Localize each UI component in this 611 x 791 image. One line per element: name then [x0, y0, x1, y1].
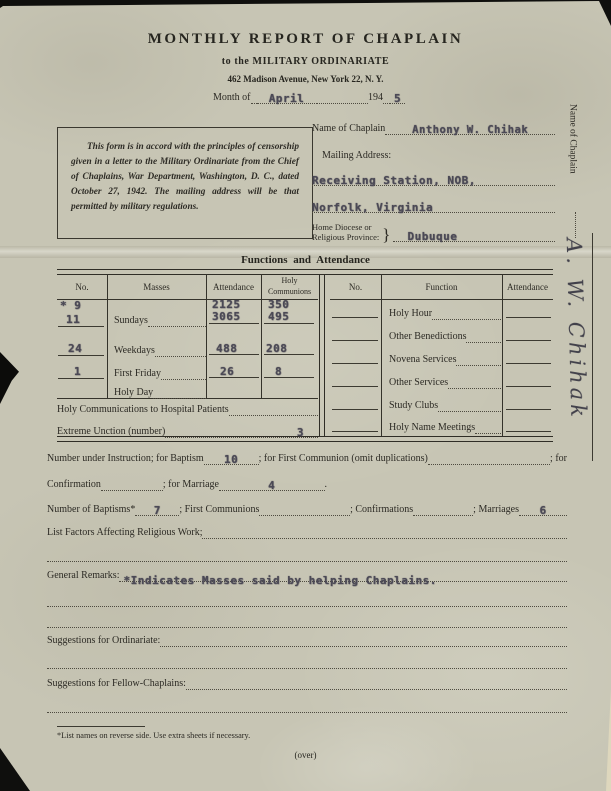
sacraments-seg2: ; First Communions	[179, 504, 259, 516]
dotted-fill	[161, 366, 206, 380]
confirmations-field	[413, 502, 473, 516]
general-remarks-field: *Indicates Masses said by helping Chapla…	[119, 568, 567, 582]
dotted-fill	[456, 352, 501, 366]
marriage-instruction-field: 4	[219, 477, 325, 491]
first-communion-instruction-field	[428, 451, 550, 465]
factors-field	[202, 525, 567, 539]
sundays-no: 11	[66, 313, 80, 326]
margin-name-of-chaplain-label: Name of Chaplain	[566, 104, 577, 174]
instruction-seg3: ; for	[550, 453, 567, 465]
mailing-address-field1: Receiving Station, NOB,	[312, 172, 555, 186]
dotted-fill	[466, 329, 501, 343]
diocese-label-line2: Religious Province:	[312, 232, 379, 242]
instruction-line2: Confirmation ; for Marriage 4 .	[47, 477, 327, 491]
center-double-rule	[319, 274, 325, 436]
fellow-chaplains-field	[186, 676, 567, 690]
dotted-fill	[155, 343, 206, 357]
fill-line	[209, 354, 259, 355]
sacraments-seg1: Number of Baptisms*	[47, 504, 135, 516]
instruction-seg4: Confirmation	[47, 479, 101, 491]
baptism-instruction-field: 10	[204, 451, 259, 465]
weekdays-row-label: Weekdays	[114, 343, 206, 357]
mailing-address-line1-row: Receiving Station, NOB,	[312, 172, 555, 186]
masses-col-attendance: Attendance	[206, 282, 261, 292]
marriage-instruction-value: 4	[268, 479, 275, 492]
margin-dotted-line	[575, 212, 577, 238]
diocese-label-line1: Home Diocese or	[312, 222, 379, 232]
baptism-instruction-value: 10	[224, 453, 238, 466]
dotted-fill	[47, 699, 567, 713]
footnote-rule	[57, 726, 145, 727]
chaplain-name-value: Anthony W. Chihak	[412, 124, 528, 136]
diocese-value: Dubuque	[407, 230, 457, 243]
hospital-label: Holy Communications to Hospital Patients	[57, 404, 229, 416]
friday-row-label: First Friday	[114, 366, 206, 380]
right-table-header-rule	[330, 299, 553, 300]
dotted-fill	[47, 593, 567, 607]
baptisms-field: 7	[135, 502, 179, 516]
first-communions-field	[259, 502, 350, 516]
dotted-fill	[475, 420, 501, 434]
sundays-row-label: Sundays	[114, 313, 206, 327]
sacraments-line: Number of Baptisms* 7 ; First Communions…	[47, 502, 567, 516]
function-label: Novena Services	[389, 354, 456, 366]
sundays-att: 3065	[212, 310, 241, 323]
dotted-fill	[47, 548, 567, 562]
weekdays-label: Weekdays	[114, 345, 155, 357]
sacraments-seg4: ; Marriages	[473, 504, 519, 516]
mailing-address-line2-row: Norfolk, Virginia	[312, 199, 555, 213]
blank-dotted-line	[47, 655, 567, 669]
friday-label: First Friday	[114, 368, 161, 380]
censorship-notice-box: This form is in accord with the principl…	[57, 127, 313, 239]
chaplain-name-field: Anthony W. Chihak	[385, 121, 555, 135]
diocese-field: Dubuque	[393, 228, 555, 242]
dotted-fill	[47, 655, 567, 669]
general-remarks-line: General Remarks: *Indicates Masses said …	[47, 568, 567, 582]
function-label: Other Services	[389, 377, 448, 389]
fill-line	[506, 340, 551, 341]
dotted-fill	[383, 90, 390, 104]
chaplain-name-label: Name of Chaplain	[312, 123, 385, 135]
fill-line	[332, 386, 378, 387]
function-row: Study Clubs	[389, 398, 501, 412]
month-field: April	[257, 90, 317, 104]
fill-line	[209, 377, 259, 378]
over-text: (over)	[0, 750, 611, 760]
footnote-text: *List names on reverse side. Use extra s…	[57, 731, 250, 741]
masses-col-masses: Masses	[107, 282, 206, 292]
mailing-address-field2: Norfolk, Virginia	[312, 199, 555, 213]
weekdays-no: 24	[68, 342, 82, 355]
fill-line	[332, 431, 378, 432]
fill-line	[506, 409, 551, 410]
hospital-row: Holy Communications to Hospital Patients	[57, 402, 318, 416]
function-label: Holy Name Meetings	[389, 422, 475, 434]
unction-row: Extreme Unction (number) 3	[57, 424, 318, 438]
masses-col-communions-1: Holy	[261, 276, 318, 285]
diocese-row: Home Diocese or Religious Province: } Du…	[312, 222, 555, 242]
scanned-document: MONTHLY REPORT OF CHAPLAIN to the MILITA…	[0, 0, 611, 791]
right-table-divider	[381, 274, 382, 436]
fill-line	[332, 317, 378, 318]
fellow-chaplains-label: Suggestions for Fellow-Chaplains:	[47, 678, 186, 690]
blank-dotted-line	[47, 699, 567, 713]
holyday-label: Holy Day	[114, 387, 153, 399]
dotted-fill	[432, 306, 501, 320]
functions-col-no: No.	[330, 282, 381, 292]
general-remarks-label: General Remarks:	[47, 570, 119, 582]
factors-label: List Factors Affecting Religious Work;	[47, 527, 202, 539]
dotted-fill	[438, 398, 501, 412]
instruction-seg5: ; for Marriage	[163, 479, 219, 491]
ordinariate-label: Suggestions for Ordinariate:	[47, 635, 160, 647]
instruction-seg2: ; for First Communion (omit duplications…	[259, 453, 428, 465]
function-row: Novena Services	[389, 352, 501, 366]
fill-line	[506, 317, 551, 318]
right-table-divider	[502, 274, 503, 436]
blank-dotted-line	[47, 548, 567, 562]
brace-glyph: }	[382, 227, 390, 242]
fill-line	[58, 378, 104, 379]
instruction-period: .	[325, 479, 328, 491]
function-row: Other Benedictions	[389, 329, 501, 343]
dotted-fill	[47, 614, 567, 628]
function-label: Study Clubs	[389, 400, 438, 412]
chaplain-name-row: Name of Chaplain Anthony W. Chihak	[312, 121, 555, 135]
fill-line	[332, 363, 378, 364]
fill-line	[264, 323, 314, 324]
fellow-chaplains-line: Suggestions for Fellow-Chaplains:	[47, 676, 567, 690]
unction-label: Extreme Unction (number)	[57, 426, 165, 438]
function-label: Other Benedictions	[389, 331, 466, 343]
table-top-rule	[57, 269, 553, 275]
function-row: Other Services	[389, 375, 501, 389]
section-title: Functions and Attendance	[0, 254, 611, 266]
confirmation-instruction-field	[101, 477, 163, 491]
function-label: Holy Hour	[389, 308, 432, 320]
mailing-address-line2: Norfolk, Virginia	[312, 201, 433, 214]
instruction-seg1: Number under Instruction; for Baptism	[47, 453, 204, 465]
form-title: MONTHLY REPORT OF CHAPLAIN	[0, 31, 611, 48]
general-remarks-value: *Indicates Masses said by helping Chapla…	[123, 574, 436, 587]
fill-line	[506, 386, 551, 387]
year-field: 5	[390, 90, 405, 104]
fill-line	[209, 323, 259, 324]
month-line: Month of April 194 5	[213, 90, 405, 104]
dotted-fill	[317, 90, 369, 104]
fill-line	[506, 431, 551, 432]
mailing-address-line1: Receiving Station, NOB,	[312, 174, 476, 187]
sundays-label: Sundays	[114, 315, 148, 327]
factors-line: List Factors Affecting Religious Work;	[47, 525, 567, 539]
signature-underline	[592, 233, 593, 461]
holyday-row-label: Holy Day	[114, 385, 206, 399]
left-table-divider	[206, 274, 207, 398]
ordinariate-field	[160, 633, 567, 647]
fill-line	[332, 340, 378, 341]
fill-line	[264, 354, 314, 355]
dotted-fill	[448, 375, 501, 389]
marriages-field: 6	[519, 502, 567, 516]
marriages-value: 6	[539, 504, 546, 517]
form-paper: MONTHLY REPORT OF CHAPLAIN to the MILITA…	[0, 0, 611, 791]
instruction-line1: Number under Instruction; for Baptism 10…	[47, 451, 567, 465]
year-value: 5	[394, 92, 401, 105]
dotted-fill	[229, 402, 318, 416]
blank-dotted-line	[47, 593, 567, 607]
dotted-fill	[148, 313, 206, 327]
censorship-notice-text: This form is in accord with the principl…	[71, 140, 299, 215]
function-row: Holy Hour	[389, 306, 501, 320]
fill-line	[58, 326, 104, 327]
fill-line	[506, 363, 551, 364]
masses-col-communions-2: Communions	[261, 287, 318, 296]
fill-line	[264, 377, 314, 378]
function-row: Holy Name Meetings	[389, 420, 501, 434]
masses-col-no: No.	[57, 282, 107, 292]
sacraments-seg3: ; Confirmations	[350, 504, 413, 516]
ordinariate-line: Suggestions for Ordinariate:	[47, 633, 567, 647]
mailing-address-label: Mailing Address:	[322, 150, 391, 162]
ordinariate-address: 462 Madison Avenue, New York 22, N. Y.	[0, 74, 611, 84]
fill-line	[332, 409, 378, 410]
dotted-fill	[153, 385, 206, 399]
baptisms-value: 7	[154, 504, 161, 517]
month-value: April	[269, 92, 305, 105]
sundays-com: 495	[268, 310, 289, 323]
sundays-no-above: * 9	[60, 299, 81, 312]
left-table-divider	[107, 274, 108, 398]
fill-line	[58, 355, 104, 356]
unction-field: 3	[165, 424, 318, 438]
year-prefix: 194	[368, 92, 383, 104]
functions-col-attendance: Attendance	[502, 282, 553, 292]
unction-value: 3	[297, 426, 304, 439]
form-subtitle: to the MILITARY ORDINARIATE	[0, 56, 611, 67]
blank-dotted-line	[47, 614, 567, 628]
functions-col-function: Function	[381, 282, 502, 292]
friday-no: 1	[74, 365, 81, 378]
month-label: Month of	[213, 92, 251, 104]
